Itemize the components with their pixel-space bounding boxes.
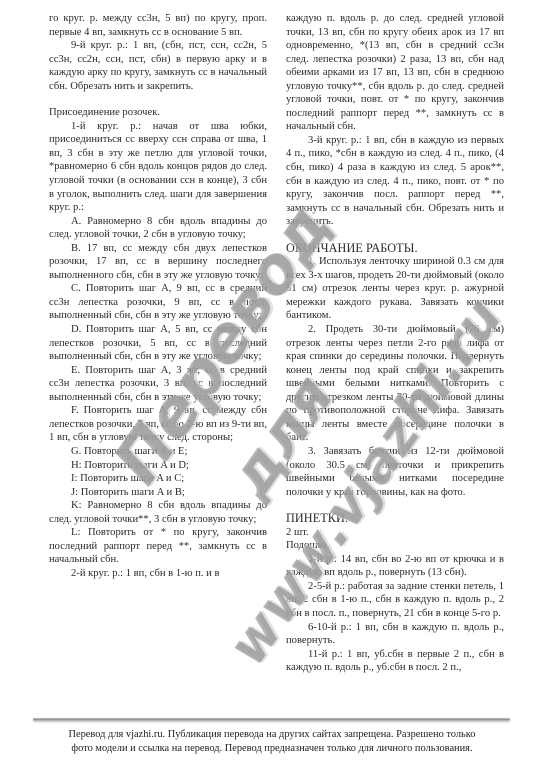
document-page: го круг. р. между сс3н, 5 вп) по кругу, …	[0, 0, 544, 770]
sole-row-1: 1-й р.: 14 вп, сбн во 2-ю вп от крючка и…	[286, 553, 504, 580]
step-g: G. Повторить шаги A и E;	[49, 445, 267, 459]
footer-line-2: фото модели и ссылка на перевод. Перевод…	[20, 742, 524, 756]
section-heading-booties: ПИНЕТКИ.	[286, 512, 504, 526]
step-a: A. Равномерно 8 сбн вдоль впадины до сле…	[49, 215, 267, 242]
booties-quantity: 2 шт.	[286, 526, 504, 540]
step-j: J: Повторить шаги A и B;	[49, 486, 267, 500]
sole-row-11: 11-й р.: 1 вп, уб.сбн в первые 2 п., сбн…	[286, 648, 504, 675]
footer-divider	[33, 718, 510, 721]
step-h: H: Повторить шаги A и D;	[49, 459, 267, 473]
finishing-step-1: 1. Используя ленточку шириной 0.3 см для…	[286, 255, 504, 323]
paragraph-join-round-2-start: 2-й круг. р.: 1 вп, сбн в 1-ю п. и в	[49, 567, 267, 581]
paragraph-join-round-3: 3-й круг. р.: 1 вп, сбн в каждую из перв…	[286, 134, 504, 229]
paragraph-round-8-end: го круг. р. между сс3н, 5 вп) по кругу, …	[49, 12, 267, 39]
step-d: D. Повторить шаг A, 5 вп, сс между сбн л…	[49, 323, 267, 364]
sole-rows-2-5: 2-5-й р.: работая за задние стенки петел…	[286, 580, 504, 621]
paragraph-join-round-1: 1-й круг. р.: начав от шва юбки, присоед…	[49, 120, 267, 215]
step-b: B. 17 вп, сс между сбн двух лепестков ро…	[49, 242, 267, 283]
step-f: F. Повторить шаг A, 9 вп, сс между сбн л…	[49, 404, 267, 445]
step-e: E. Повторить шаг A, 3 вп, сс в средний с…	[49, 364, 267, 405]
finishing-step-2: 2. Продеть 30-ти дюймовый (76 см) отрезо…	[286, 323, 504, 445]
footer-notice: Перевод для vjazhi.ru. Публикация перево…	[20, 728, 524, 756]
section-heading-joining-roses: Присоединение розочек.	[49, 106, 267, 120]
subheading-sole: Подошва.	[286, 539, 504, 553]
left-column: го круг. р. между сс3н, 5 вп) по кругу, …	[49, 12, 267, 580]
section-heading-finishing: ОКОНЧАНИЕ РАБОТЫ.	[286, 242, 504, 256]
paragraph-join-round-2-cont: каждую п. вдоль р. до след. средней угло…	[286, 12, 504, 134]
paragraph-round-9: 9-й круг. р.: 1 вп, (сбн, пст, ссн, сс2н…	[49, 39, 267, 93]
step-l: L: Повторить от * по кругу, закончив пос…	[49, 526, 267, 567]
step-k: K: Равномерно 8 сбн вдоль впадины до сле…	[49, 499, 267, 526]
footer-line-1: Перевод для vjazhi.ru. Публикация перево…	[20, 728, 524, 742]
right-column: каждую п. вдоль р. до след. средней угло…	[286, 12, 504, 675]
sole-rows-6-10: 6-10-й р.: 1 вп, сбн в каждую п. вдоль р…	[286, 621, 504, 648]
step-c: C. Повторить шаг A, 9 вп, сс в средний с…	[49, 282, 267, 323]
step-i: I: Повторить шаги A и C;	[49, 472, 267, 486]
finishing-step-3: 3. Завязать бантик из 12-ти дюймовой (ок…	[286, 445, 504, 499]
